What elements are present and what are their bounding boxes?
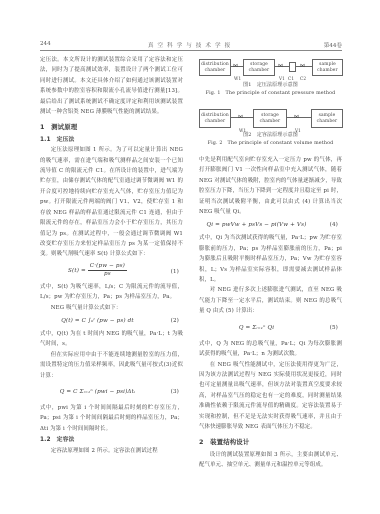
equation-body: Q = Σᵢ₌₁ⁿ Qi (199, 323, 314, 333)
paragraph: 定容法原理如图 2 所示。定容法在测试过程 (40, 446, 183, 456)
paper-page: 244 真空科学与技术学报 第44卷 定压法。本文所设计的测试装置综合采用了定容… (40, 38, 342, 478)
paragraph: 在 NEG 吸气性能测试中，定压法使用得更为广泛，因为该方法测试过程与 NEG … (199, 360, 342, 433)
section-1-2-heading: 1.2 定容法 (40, 435, 183, 445)
section-1-1-heading: 1.1 定压法 (40, 135, 183, 145)
equation-lhs: S(t) = (68, 268, 86, 274)
equation-5: Q = Σᵢ₌₁ⁿ Qi (5) (199, 317, 342, 339)
paragraph: 定压法原理如图 1 所示。为了可以定量计算出 NEG 的吸气速率，需在进气端和吸… (40, 145, 183, 259)
valve-icon: ⋈ (300, 64, 305, 69)
sample-chamber-box: sample chamber (311, 109, 343, 128)
storage-chamber-box: storage chamber (253, 109, 287, 128)
figure-1-caption-en: Fig. 1 The principle of constant pressur… (199, 90, 342, 97)
journal-title: 真空科学与技术学报 (40, 41, 342, 49)
section-1-heading: 1 测试原理 (40, 122, 183, 132)
equation-body: Q(t) = C ∫₀ᵗ (pw − ps) dt (40, 316, 155, 326)
equation-body: Qi = pwVw + psVs − pi(Vw + Vs) (199, 220, 314, 230)
equation-1: S(t) = C·(pw − ps) ps (1) (40, 260, 183, 282)
equation-number: (4) (330, 220, 338, 230)
right-column: distribution chamber ⋈ W1 storage chambe… (199, 55, 342, 471)
equation-2: Q(t) = C ∫₀ᵗ (pw − ps) dt (2) (40, 313, 183, 329)
valve-icon: ⋈ (294, 115, 299, 120)
paragraph: 式中，Q 为 NEG 的总吸气量，Pa·L；Qi 为每次膨胀测试获得的吸气量，P… (199, 339, 342, 360)
numerator: C·(pw − ps) (88, 263, 127, 271)
equation-number: (2) (171, 316, 179, 326)
distribution-chamber-box: distribution chamber (199, 59, 231, 76)
running-header: 244 真空科学与技术学报 第44卷 (40, 38, 342, 51)
valve-icon: ⋈ (278, 64, 283, 69)
section-2-heading: 2 装置结构设计 (199, 437, 342, 447)
denominator: ps (88, 271, 127, 278)
equation-3: Q = C Σᵢ₌₁ⁿ (pwi − psi)Δtᵢ (3) (40, 381, 183, 403)
equation-number: (5) (330, 323, 338, 333)
left-column: 定压法。本文所设计的测试装置综合采用了定容法和定压法，同时为了提高测试效率，装置… (40, 55, 183, 456)
paragraph: 式中，pwi 为第 i 个时间间隔最后时刻的贮存室压力，Pa；psi 为第 i … (40, 403, 183, 434)
equation-4: Qi = pwVw + psVs − pi(Vw + Vs) (4) (199, 217, 342, 233)
figure-2-caption-en: Fig. 2 The principle of constant volume … (199, 140, 342, 147)
paragraph: 对 NEG 进行多次上述膨胀进气测试，直至 NEG 吸气能力下降至一定水平后，测… (199, 285, 342, 316)
intro-paragraph: 定压法。本文所设计的测试装置综合采用了定容法和定压法，同时为了提高测试效率，装置… (40, 55, 183, 117)
figure-1-caption-cn: 图1 定压法原理示意图 (199, 82, 342, 89)
valve-icon: ⋈ (233, 64, 238, 69)
volume-label: 第44卷 (324, 41, 342, 49)
paragraph: 式中，Qi 为当次测试获得的吸气量，Pa·L；pw 为贮存室膨胀前的压力，Pa；… (199, 233, 342, 285)
paragraph: 设计的测试装置原理如图 3 所示，主要由测试单元、配气单元、抽空单元、测量单元和… (199, 450, 342, 471)
flow-limiter-c1 (289, 62, 296, 72)
equation-number: (3) (171, 387, 179, 397)
paragraph: 但在实际应用中由于不能连续地测量腔室的压力值，需设置特定的压力值采样频率，因此吸… (40, 350, 183, 381)
equation-body: Q = C Σᵢ₌₁ⁿ (pwi − psi)Δtᵢ (40, 387, 155, 397)
paragraph: 式中，S(t) 为吸气速率，L/s；C 为限流元件的流导值，L/s；pw 为贮存… (40, 282, 183, 303)
storage-chamber-box: storage chamber (243, 59, 275, 76)
fraction: C·(pw − ps) ps (88, 263, 127, 278)
paragraph: 中先是利用配气室向贮存室充入一定压力 pw 的气体，再打开膨胀阀门 V1 一次性… (199, 155, 342, 217)
figure-2: distribution chamber ⋈ W1 storage chambe… (199, 107, 342, 155)
paragraph: NEG 吸气量计算公式如下： (40, 303, 183, 313)
valve-icon: ⋈ (238, 115, 243, 120)
equation-number: (1) (171, 267, 179, 277)
distribution-chamber-box: distribution chamber (199, 109, 231, 128)
figure-2-caption-cn: 图2 定容法原理示意图 (199, 132, 342, 139)
sample-chamber-box: sample chamber (312, 59, 343, 76)
paragraph: 式中，Q(t) 为在 t 时间内 NEG 的吸气量，Pa·L；t 为吸气时间，s… (40, 329, 183, 350)
figure-1: distribution chamber ⋈ W1 storage chambe… (199, 55, 342, 107)
